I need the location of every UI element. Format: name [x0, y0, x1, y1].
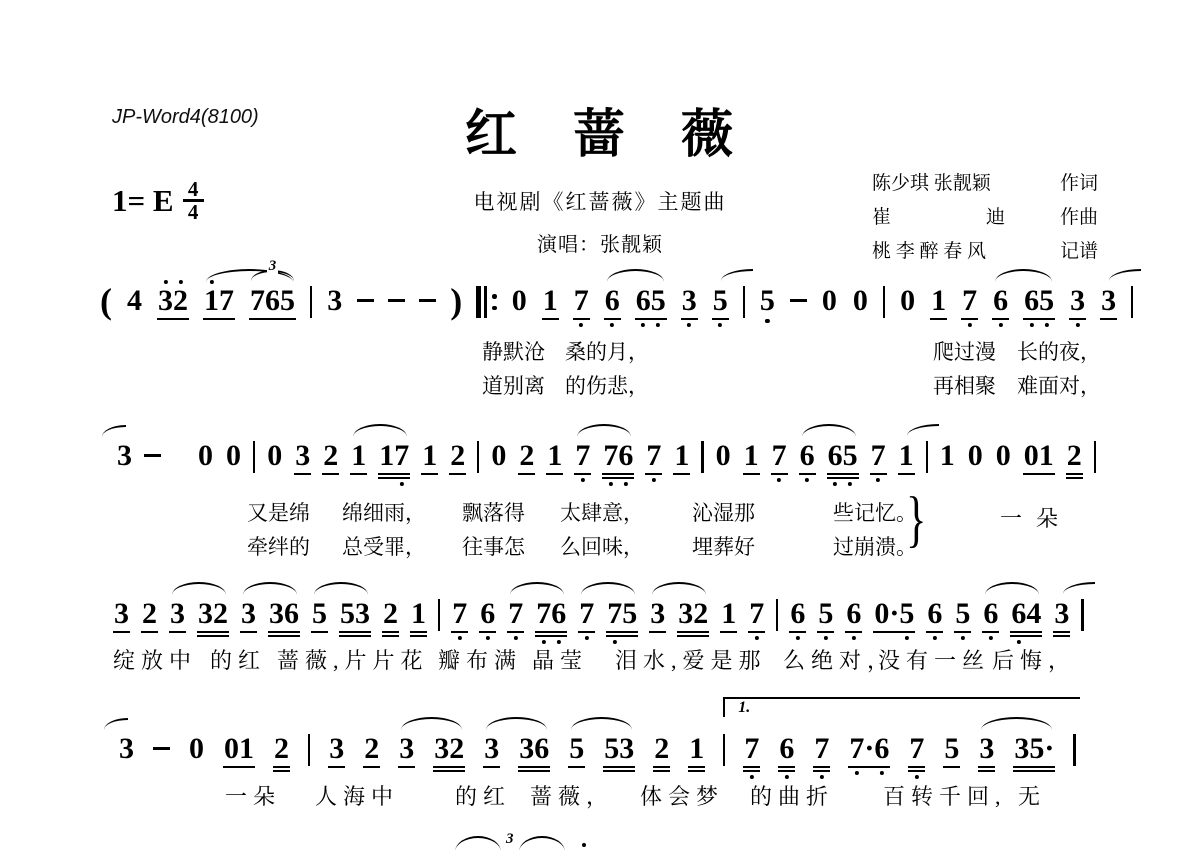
underline [1023, 473, 1055, 475]
dot-cell: 1 [422, 431, 437, 440]
note-digits: 1 [542, 285, 559, 316]
note: 666 [982, 589, 999, 642]
octave-dots-above: 3 [483, 724, 500, 733]
octave-dot [652, 478, 656, 482]
note-digits: 7 [813, 733, 830, 764]
lyric-segment: 难面对， [1017, 370, 1101, 400]
triplet-label: 3 [249, 259, 296, 273]
octave-dots-above: 4 [126, 276, 143, 285]
dot-cell: 5 [899, 633, 914, 642]
octave-dots-below: 65 [1023, 320, 1055, 329]
note-digits: 35· [1013, 733, 1055, 764]
dot-cell: 3 [434, 724, 449, 733]
note-digits: 7 [578, 598, 595, 629]
underline [978, 770, 995, 772]
barline [1073, 734, 1075, 766]
octave-dots-above: 17 [203, 276, 235, 285]
dot-cell: 6 [618, 431, 633, 440]
note: 22 [141, 589, 158, 633]
dot-cell: 6 [265, 276, 280, 285]
octave-dots-above: 3 [978, 724, 995, 733]
underline [653, 770, 670, 772]
octave-dots-above: 32 [157, 276, 189, 285]
note-digits: 5 [311, 598, 328, 629]
octave-dots-above: 65 [1023, 276, 1055, 285]
octave-dots-above: 6 [799, 431, 816, 440]
note: 0101 [1023, 431, 1055, 475]
note-digits: 5 [943, 733, 960, 764]
note: 33 [113, 589, 130, 633]
octave-dots-above: 6 [789, 589, 806, 598]
octave-dots-above: 3 [649, 589, 666, 598]
note-digits: 0 [995, 440, 1012, 471]
octave-dots-above: 1 [421, 431, 438, 440]
dot-cell: 7 [575, 475, 590, 484]
dot-cell: 6 [779, 724, 794, 733]
note-digits: 5 [817, 598, 834, 629]
octave-dots-above: 765 [249, 276, 296, 285]
octave-dots-above: 3 [169, 589, 186, 598]
underline [410, 635, 427, 637]
dot-cell: 3 [650, 589, 665, 598]
octave-dot [824, 636, 828, 640]
barline [926, 441, 928, 473]
dot-cell: 1 [204, 276, 219, 285]
dot-cell: 6 [828, 431, 843, 440]
octave-dot [755, 636, 759, 640]
note: 3636 [518, 724, 550, 772]
note-digits: 3 [681, 285, 698, 316]
dot-cell: 0 [226, 431, 241, 440]
octave-dot [687, 323, 691, 327]
note-digits: 1 [939, 440, 956, 471]
dot-cell: 3 [619, 724, 634, 733]
note: 777 [574, 431, 591, 484]
octave-dots-above: 01 [223, 724, 255, 733]
octave-dots-above: 7·6 [848, 724, 890, 733]
octave-dots-above: 2 [1066, 431, 1083, 440]
dot-cell: 1 [721, 589, 736, 598]
underline [322, 473, 339, 475]
duration-underlines [382, 629, 399, 637]
lyric-segment: 的红 [210, 644, 266, 675]
lyricist-role: 作词 [1060, 168, 1098, 195]
underline [363, 766, 380, 768]
note-digits: 7 [748, 598, 765, 629]
octave-dot [785, 775, 789, 779]
underline [421, 473, 438, 475]
duration-underlines [653, 764, 670, 772]
dot-cell: 0 [968, 431, 983, 440]
octave-dots-above: 53 [603, 724, 635, 733]
note-digits: 7 [451, 598, 468, 629]
score-line-3: 3322333232333636555353221177766677776767… [113, 589, 1084, 646]
dot-cell: 7 [575, 431, 590, 440]
duration-underlines [1100, 316, 1117, 320]
slur-group: 333232 [649, 589, 709, 637]
note-digits: 1 [930, 285, 947, 316]
octave-dot [998, 323, 1002, 327]
note: 33 [294, 431, 311, 475]
octave-dot [961, 636, 965, 640]
duration-underlines [483, 764, 500, 768]
note: 666 [926, 589, 943, 642]
note-digits: 64 [1010, 598, 1042, 629]
octave-dots-above: 1 [720, 589, 737, 598]
dot-cell: 2 [364, 724, 379, 733]
octave-dots-above: 35· [1013, 724, 1055, 733]
duration-underlines [518, 764, 550, 772]
octave-dots-below: 7 [573, 320, 590, 329]
duration-underlines [778, 764, 795, 772]
note-digits: 1 [421, 440, 438, 471]
underline [1066, 473, 1083, 475]
barline [477, 441, 479, 473]
octave-dots-above: 1 [688, 724, 705, 733]
dot-cell: 2 [519, 431, 534, 440]
octave-dot [1029, 323, 1033, 327]
underline [778, 766, 795, 768]
note: 11 [720, 589, 737, 633]
dot-cell: 3 [1070, 320, 1085, 329]
octave-dots-above: 32 [677, 589, 709, 598]
note: 333 [1069, 276, 1086, 329]
partial-slur-arc [519, 836, 565, 850]
dot-cell: 6 [983, 633, 998, 642]
note: 22 [1066, 431, 1083, 479]
duration-underlines [311, 629, 328, 633]
octave-dots-below: 7 [645, 475, 662, 484]
dot-cell: 6 [846, 633, 861, 642]
octave-dots-above: 36 [268, 589, 300, 598]
dot-cell: 5 [760, 316, 775, 325]
lyric-segment: 绵细雨， [342, 497, 426, 527]
underline [649, 631, 666, 633]
dot-cell: 6 [927, 589, 942, 598]
dot-cell: · [889, 589, 899, 598]
octave-dots-above: 7 [645, 431, 662, 440]
octave-dots-above: 53 [339, 589, 371, 598]
note: 3232 [197, 589, 229, 637]
note-digits: 5 [759, 285, 776, 316]
dot-cell: 3 [682, 320, 697, 329]
underline [606, 631, 638, 633]
note-digits: 36 [268, 598, 300, 629]
note: 777 [748, 589, 765, 642]
note-digits: 0 [511, 285, 528, 316]
slur-group: 555353 [568, 724, 635, 772]
dot-cell: 0 [267, 431, 282, 440]
octave-dots-below: 7 [507, 633, 524, 642]
octave-dot [833, 482, 837, 486]
parenthesis: ( [100, 278, 112, 324]
underline [1053, 635, 1070, 637]
note: 00 [821, 276, 838, 316]
duration-underlines [930, 316, 947, 320]
note: 555 [817, 589, 834, 642]
octave-dot [609, 482, 613, 486]
duration-underlines [546, 471, 563, 475]
duration-underlines [157, 316, 189, 320]
note: 1717 [203, 276, 235, 320]
underline [1010, 631, 1042, 633]
dot-cell: 1 [379, 479, 394, 488]
dot-cell: 7 [394, 479, 409, 488]
note: 656565 [1023, 276, 1055, 329]
octave-dots-above: 0 [197, 431, 214, 440]
note-digits: 2 [382, 598, 399, 629]
note-digits: 32 [677, 598, 709, 629]
partial-triplet-label: 3 [506, 833, 514, 846]
octave-dot [848, 482, 852, 486]
dot-cell: 6 [1024, 320, 1039, 329]
note-digits: 5 [568, 733, 585, 764]
lyric-segment: 往事怎 [462, 531, 525, 561]
note: 666 [778, 724, 795, 781]
lyric-segment: 桑的月， [565, 336, 649, 366]
note: 767676 [535, 589, 567, 646]
slur-group: 333232 [398, 724, 465, 772]
octave-dots-below: 6 [992, 320, 1009, 329]
slur-group: 666656565 [992, 276, 1055, 329]
note-digits: 3 [326, 285, 343, 316]
note: 00 [995, 431, 1012, 471]
slur-group: 666656565 [604, 276, 667, 329]
underline [1066, 477, 1083, 479]
note: 11 [350, 431, 367, 475]
note-digits: 2 [141, 598, 158, 629]
lyric-segment: 沁湿那 [692, 497, 755, 527]
note-digits: 3 [1053, 598, 1070, 629]
note-digits: 1 [673, 440, 690, 471]
note: 33 [1053, 589, 1070, 637]
octave-dot [796, 636, 800, 640]
note: 555 [954, 589, 971, 642]
underline [294, 473, 311, 475]
note-digits: 7 [961, 285, 978, 316]
barline [776, 599, 778, 631]
note-digits: 7 [574, 440, 591, 471]
dot-cell: 5 [760, 276, 775, 285]
duration-underlines [203, 316, 235, 320]
octave-dots-above: 1 [542, 276, 559, 285]
duration-underlines [908, 764, 925, 772]
note: 777 [908, 724, 925, 781]
octave-dots-above: 1 [350, 431, 367, 440]
dot-cell: · [864, 768, 874, 777]
score-line-2: 3300000033221117171711220022117777676767… [116, 431, 1096, 488]
barline [310, 286, 312, 318]
octave-dot [656, 323, 660, 327]
barline [308, 734, 310, 766]
octave-dots-above: 7 [451, 589, 468, 598]
lyric-segment: 绽放中 [113, 644, 197, 675]
dot-cell: 5 [899, 589, 914, 598]
octave-dots-above: 3 [116, 431, 133, 440]
dot-cell: 6 [790, 633, 805, 642]
octave-dots-below: 7 [578, 633, 595, 642]
dot-cell: 3 [979, 724, 994, 733]
note: 666 [479, 589, 496, 642]
underline [720, 631, 737, 633]
octave-dots-below: 3 [1069, 320, 1086, 329]
dot-cell: 2 [449, 724, 464, 733]
octave-dots-above: 5 [954, 589, 971, 598]
lyric-segment: 静默沧 [482, 336, 545, 366]
octave-dot [400, 482, 404, 486]
note: 11 [688, 724, 705, 772]
octave-dots-above: 6 [778, 724, 795, 733]
note: 00 [197, 431, 214, 471]
dot-cell: 6 [1024, 276, 1039, 285]
duration-underlines [1013, 764, 1055, 772]
octave-dots-above: 2 [653, 724, 670, 733]
transcriber-names: 桃 李 醉 春 风 [872, 236, 986, 263]
note: 666 [845, 589, 862, 642]
dot-cell: 2 [213, 589, 228, 598]
note-digits: 3 [1100, 285, 1117, 316]
octave-dots-above: 0 [715, 431, 732, 440]
duration-underlines [449, 471, 466, 475]
octave-dot [579, 323, 583, 327]
octave-dot [209, 280, 213, 284]
dot-cell: 6 [284, 589, 299, 598]
octave-dots-above: 5 [311, 589, 328, 598]
note-digits: 32 [197, 598, 229, 629]
dot-cell: 3 [119, 724, 134, 733]
composer-role: 作曲 [1060, 202, 1098, 229]
note: 777 [743, 724, 760, 781]
octave-dots-above: 3 [113, 589, 130, 598]
note: 11 [930, 276, 947, 320]
note: 22 [382, 589, 399, 637]
duration-underlines [827, 471, 859, 479]
octave-dot [610, 323, 614, 327]
note-digits: 32 [157, 285, 189, 316]
note-digits: 65 [827, 440, 859, 471]
note: 777 [451, 589, 468, 642]
octave-dots-above: 7 [961, 276, 978, 285]
lyric-segment: 过崩溃。 [833, 531, 917, 561]
octave-dots-below: 7 [870, 475, 887, 484]
dot-cell: 3 [198, 589, 213, 598]
dot-cell: 3 [519, 724, 534, 733]
octave-dot [855, 771, 859, 775]
note: 11 [673, 431, 690, 475]
dot-cell: 7 [394, 431, 409, 440]
dot-cell: 2 [173, 276, 188, 285]
note-digits: 0 [967, 440, 984, 471]
note-digits: 6 [926, 598, 943, 629]
barline [1094, 441, 1096, 473]
octave-dots-above: 7 [748, 589, 765, 598]
octave-dots-above: 7 [573, 276, 590, 285]
dot-cell: 6 [1011, 589, 1026, 598]
next-system-partial: 3 [455, 833, 586, 850]
credit-row-transcriber: 桃 李 醉 春 风 记谱 [872, 236, 1098, 263]
slur-group: 17173765765 [203, 276, 296, 320]
barline [1131, 286, 1133, 318]
lyric-segment: 道别离 [482, 370, 545, 400]
note: 333 [681, 276, 698, 329]
underline [518, 766, 550, 768]
duration-underlines [673, 471, 690, 475]
underline [141, 631, 158, 633]
octave-dots-above: 7 [743, 724, 760, 733]
duration-underlines [223, 764, 255, 768]
dot-cell: 2 [450, 431, 465, 440]
barline [1081, 599, 1083, 631]
note-digits: 2 [518, 440, 535, 471]
underline [908, 766, 925, 768]
slur-group: 11171717 [350, 431, 410, 488]
dot-cell: 7 [452, 589, 467, 598]
octave-dot [880, 771, 884, 775]
note-digits: 3 [978, 733, 995, 764]
underline [542, 318, 559, 320]
underline [339, 631, 371, 633]
partial-slur-arc [455, 836, 501, 850]
note: 33 [240, 589, 257, 633]
note: 3765765 [249, 276, 296, 320]
duration-underlines [1010, 629, 1042, 637]
dash-note [790, 299, 807, 302]
octave-dot [820, 775, 824, 779]
octave-dots-above: 75 [606, 589, 638, 598]
octave-dot [178, 280, 182, 284]
octave-dots-above: 0 [511, 276, 528, 285]
octave-dots-above: 64 [1010, 589, 1042, 598]
note-digits: 7 [870, 440, 887, 471]
duration-underlines [141, 629, 158, 633]
dot-cell: 3 [329, 724, 344, 733]
duration-underlines [518, 471, 535, 475]
duration-underlines [677, 629, 709, 637]
duration-underlines [268, 629, 300, 637]
octave-dots-above: 3 [326, 276, 343, 285]
barline [883, 286, 885, 318]
duration-underlines [410, 629, 427, 637]
octave-dots-below: 6 [926, 633, 943, 642]
note: 646464 [1010, 589, 1042, 646]
note-digits: 1 [410, 598, 427, 629]
octave-dot [805, 478, 809, 482]
octave-dot [585, 636, 589, 640]
note: 777 [961, 276, 978, 329]
dot-cell: 3 [678, 589, 693, 598]
underline [378, 473, 410, 475]
underline [203, 318, 235, 320]
underline [1100, 318, 1117, 320]
lyric-segment: 爬过漫 [933, 336, 996, 366]
octave-dots-below: 5 [712, 320, 729, 329]
dot-cell: 0 [189, 724, 204, 733]
dot-cell: 6 [480, 633, 495, 642]
score-line-1: (4432321717376576533)0011777666656565333… [100, 276, 1133, 329]
octave-dot [876, 478, 880, 482]
underline [382, 631, 399, 633]
underline [328, 766, 345, 768]
octave-dots-above: 1 [410, 589, 427, 598]
note-digits: 6 [789, 598, 806, 629]
lyric-segment: 总受罪， [342, 531, 426, 561]
lyric-segment: 蔷薇， [530, 780, 614, 811]
duration-underlines [978, 764, 995, 772]
dot-cell: 3 [1070, 276, 1085, 285]
note: 55 [943, 724, 960, 768]
underline [677, 635, 709, 637]
repeat-begin-barline [476, 286, 497, 318]
